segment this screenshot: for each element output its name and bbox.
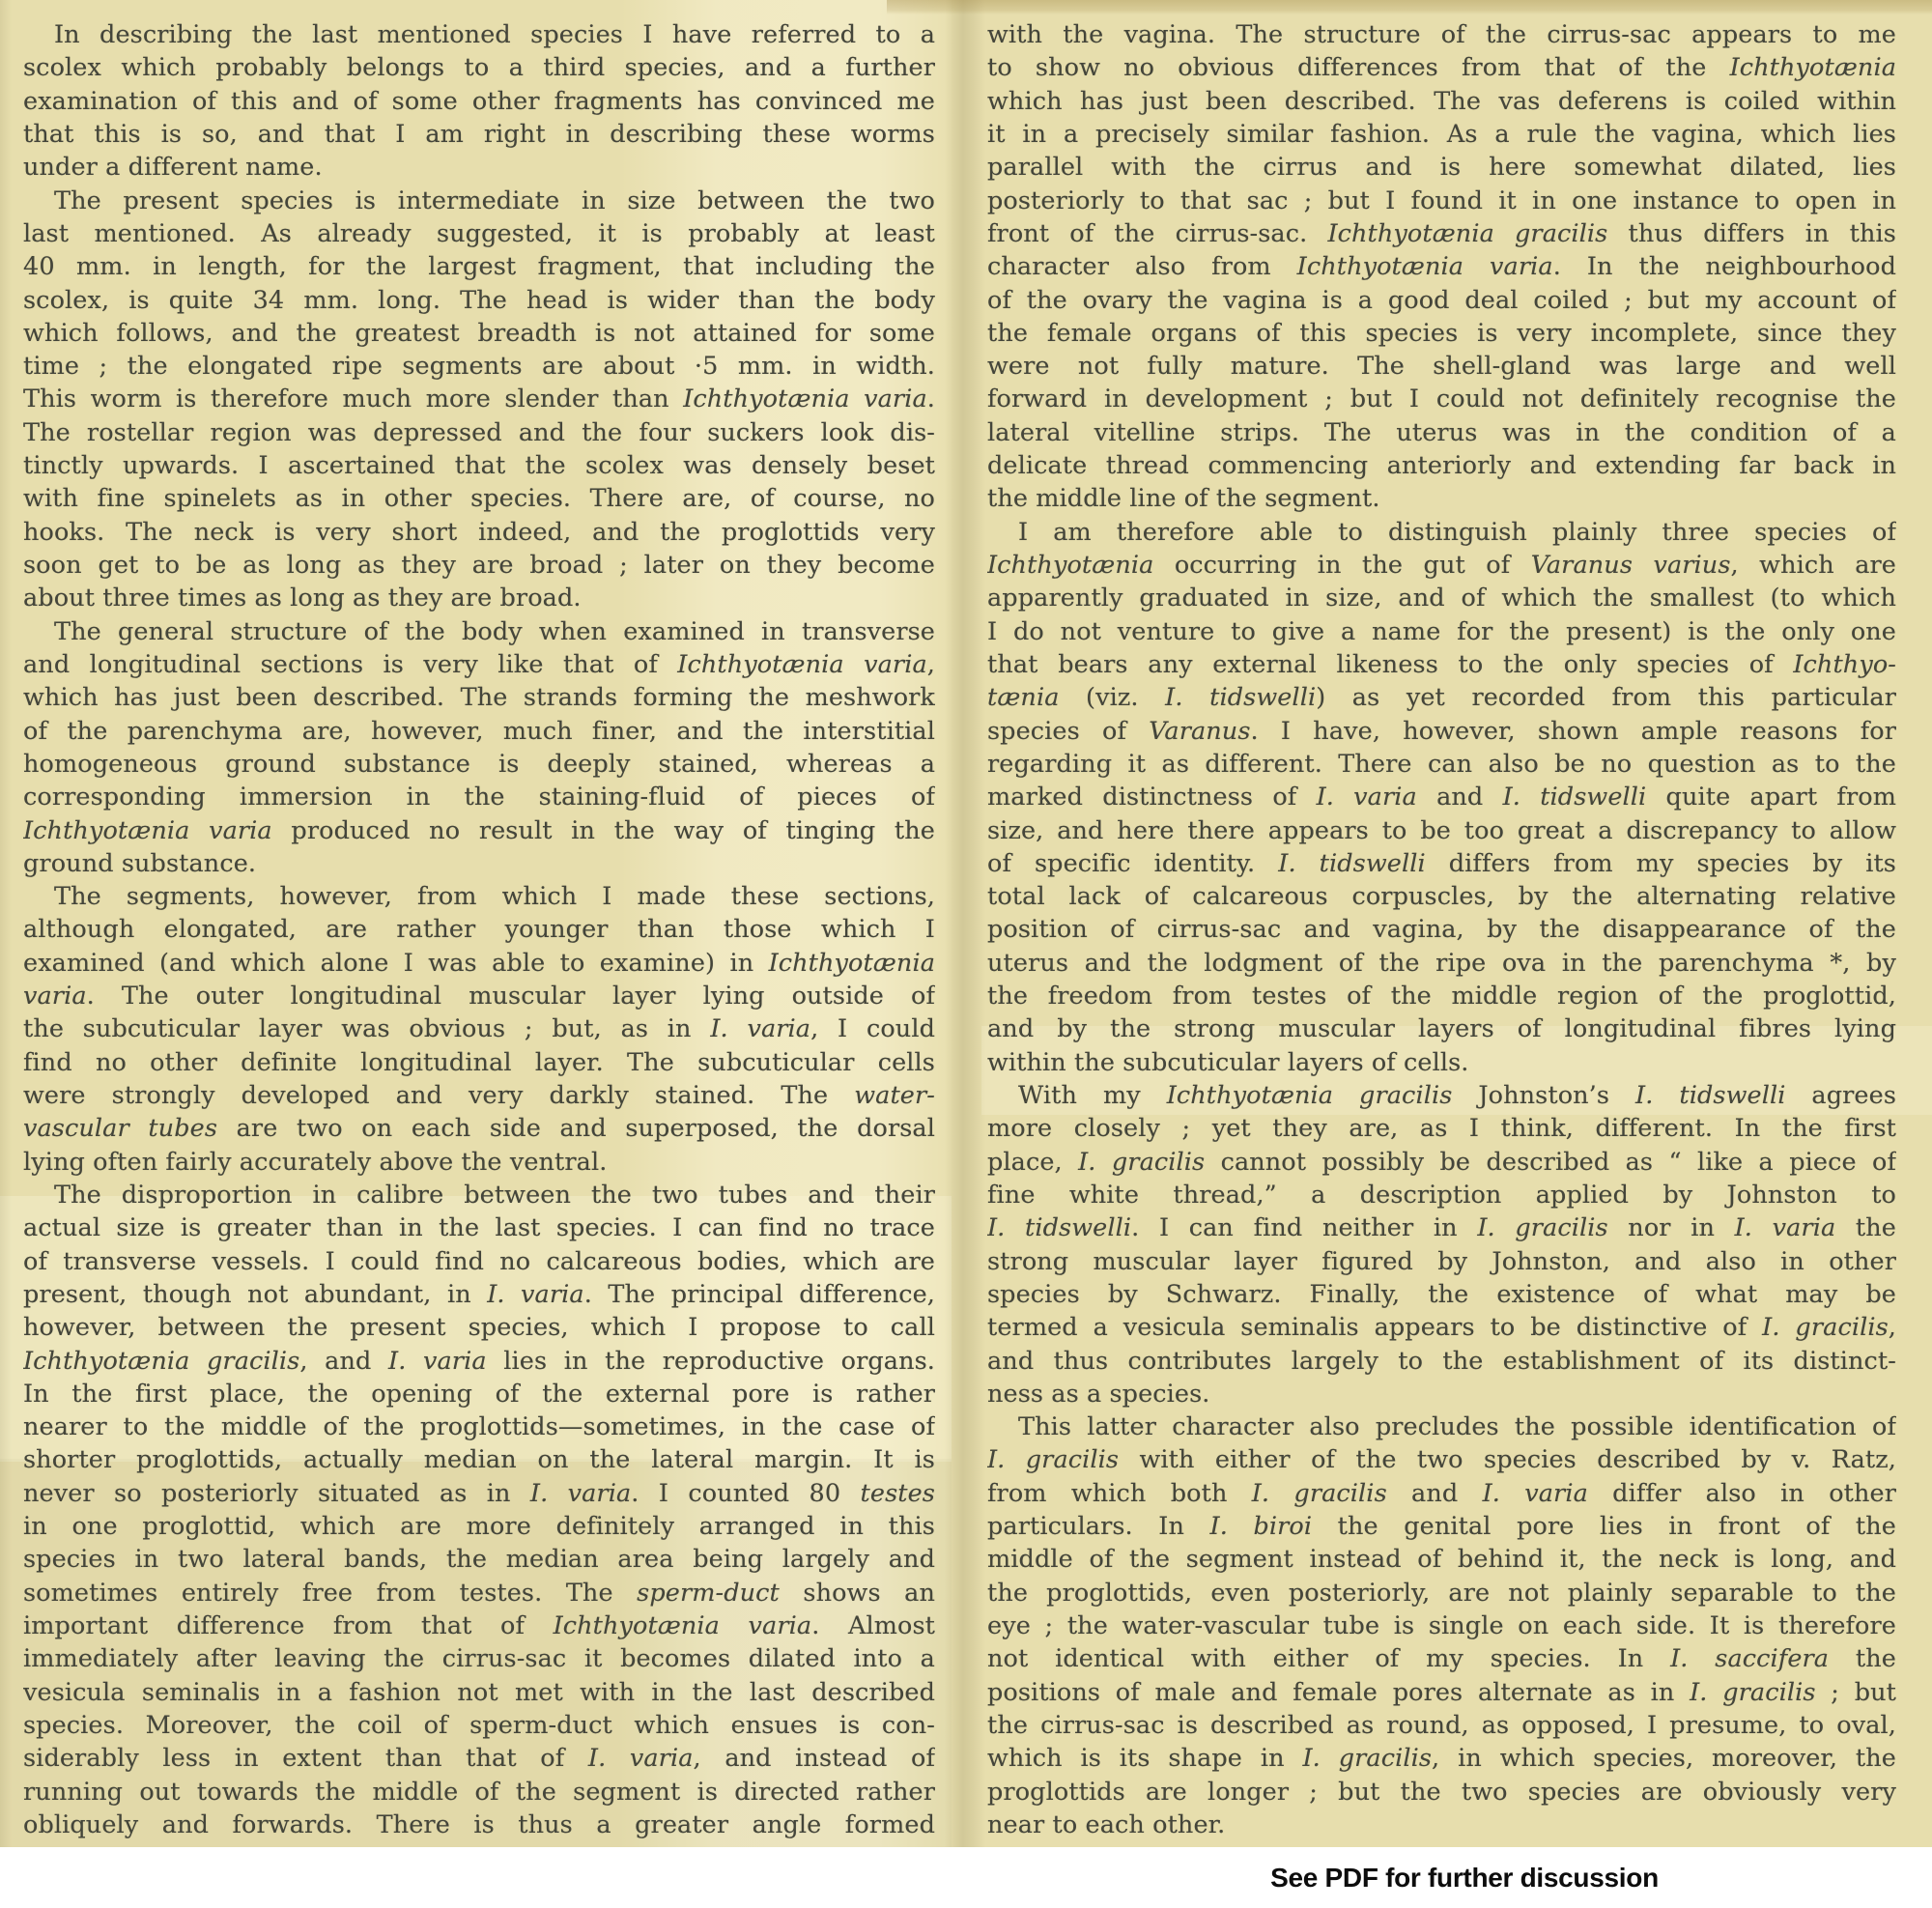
text-line: lying often fairly accurately above the …	[23, 1146, 935, 1179]
text-line: strong muscular layer figured by Johnsto…	[987, 1245, 1896, 1278]
text-line: with fine spinelets as in other species.…	[23, 482, 935, 515]
text-line: The present species is intermediate in s…	[23, 185, 935, 217]
text-line: The rostellar region was depressed and t…	[23, 416, 935, 449]
text-line: shorter proglottids, actually median on …	[23, 1443, 935, 1476]
text-line: The disproportion in calibre between the…	[23, 1179, 935, 1211]
left-text-column: In describing the last mentioned species…	[23, 18, 935, 1841]
text-line: which has just been described. The vas d…	[987, 85, 1896, 118]
text-line: middle of the segment instead of behind …	[987, 1543, 1896, 1576]
text-line: Ichthyotænia varia produced no result in…	[23, 814, 935, 847]
text-line: more closely ; yet they are, as I think,…	[987, 1112, 1896, 1145]
text-line: place, I. gracilis cannot possibly be de…	[987, 1146, 1896, 1179]
text-line: soon get to be as long as they are broad…	[23, 549, 935, 582]
text-line: running out towards the middle of the se…	[23, 1776, 935, 1808]
text-line: vesicula seminalis in a fashion not met …	[23, 1676, 935, 1709]
text-line: Ichthyotænia occurring in the gut of Var…	[987, 549, 1896, 582]
text-line: I. gracilis with either of the two speci…	[987, 1443, 1896, 1476]
text-line: the freedom from testes of the middle re…	[987, 980, 1896, 1012]
text-line: proglottids are longer ; but the two spe…	[987, 1776, 1896, 1808]
text-line: the female organs of this species is ver…	[987, 317, 1896, 350]
text-line: tinctly upwards. I ascertained that the …	[23, 449, 935, 482]
text-line: the middle line of the segment.	[987, 482, 1896, 515]
text-line: This latter character also precludes the…	[987, 1410, 1896, 1443]
text-line: the subcuticular layer was obvious ; but…	[23, 1012, 935, 1045]
text-line: examination of this and of some other fr…	[23, 85, 935, 118]
text-line: near to each other.	[987, 1808, 1896, 1841]
text-line: I do not venture to give a name for the …	[987, 615, 1896, 648]
text-line: and by the strong muscular layers of lon…	[987, 1012, 1896, 1045]
text-line: within the subcuticular layers of cells.	[987, 1046, 1896, 1079]
text-line: of specific identity. I. tidswelli diffe…	[987, 847, 1896, 880]
text-line: apparently graduated in size, and of whi…	[987, 582, 1896, 614]
text-line: it in a precisely similar fashion. As a …	[987, 118, 1896, 151]
text-line: which follows, and the greatest breadth …	[23, 317, 935, 350]
text-line: nearer to the middle of the proglottids—…	[23, 1410, 935, 1443]
text-line: of the parenchyma are, however, much fin…	[23, 715, 935, 748]
text-line: regarding it as different. There can als…	[987, 748, 1896, 781]
footer-strip: See PDF for further discussion	[0, 1847, 1932, 1908]
text-line: to show no obvious differences from that…	[987, 51, 1896, 84]
text-line: The segments, however, from which I made…	[23, 880, 935, 913]
text-line: I. tidswelli. I can find neither in I. g…	[987, 1211, 1896, 1244]
text-line: corresponding immersion in the staining-…	[23, 781, 935, 813]
text-line: under a different name.	[23, 151, 935, 184]
text-line: Ichthyotænia gracilis, and I. varia lies…	[23, 1345, 935, 1378]
text-line: eye ; the water-vascular tube is single …	[987, 1609, 1896, 1642]
text-line: tænia (viz. I. tidswelli) as yet recorde…	[987, 681, 1896, 714]
text-line: siderably less in extent than that of I.…	[23, 1742, 935, 1775]
scanned-page: In describing the last mentioned species…	[0, 0, 1932, 1908]
text-line: immediately after leaving the cirrus-sac…	[23, 1642, 935, 1675]
scan-edge-shadow	[887, 0, 1932, 14]
text-line: ground substance.	[23, 847, 935, 880]
text-line: In the first place, the opening of the e…	[23, 1378, 935, 1410]
text-line: termed a vesicula seminalis appears to b…	[987, 1311, 1896, 1344]
text-line: and thus contributes largely to the esta…	[987, 1345, 1896, 1378]
text-line: varia. The outer longitudinal muscular l…	[23, 980, 935, 1012]
text-line: position of cirrus-sac and vagina, by th…	[987, 913, 1896, 946]
text-line: ness as a species.	[987, 1378, 1896, 1410]
text-line: species. Moreover, the coil of sperm-duc…	[23, 1709, 935, 1742]
text-line: hooks. The neck is very short indeed, an…	[23, 516, 935, 549]
text-line: fine white thread,” a description applie…	[987, 1179, 1896, 1211]
text-line: however, between the present species, wh…	[23, 1311, 935, 1344]
text-line: The general structure of the body when e…	[23, 615, 935, 648]
text-line: that this is so, and that I am right in …	[23, 118, 935, 151]
text-line: 40 mm. in length, for the largest fragme…	[23, 250, 935, 283]
text-line: delicate thread commencing anteriorly an…	[987, 449, 1896, 482]
text-line: not identical with either of my species.…	[987, 1642, 1896, 1675]
text-line: in one proglottid, which are more defini…	[23, 1510, 935, 1543]
text-line: obliquely and forwards. There is thus a …	[23, 1808, 935, 1841]
text-line: which is its shape in I. gracilis, in wh…	[987, 1742, 1896, 1775]
text-line: of transverse vessels. I could find no c…	[23, 1245, 935, 1278]
text-line: present, though not abundant, in I. vari…	[23, 1278, 935, 1311]
text-line: particulars. In I. biroi the genital por…	[987, 1510, 1896, 1543]
text-line: never so posteriorly situated as in I. v…	[23, 1477, 935, 1510]
text-line: last mentioned. As already suggested, it…	[23, 217, 935, 250]
text-line: and longitudinal sections is very like t…	[23, 648, 935, 681]
text-line: species in two lateral bands, the median…	[23, 1543, 935, 1576]
text-line: find no other definite longitudinal laye…	[23, 1046, 935, 1079]
text-line: posteriorly to that sac ; but I found it…	[987, 185, 1896, 217]
text-line: I am therefore able to distinguish plain…	[987, 516, 1896, 549]
text-line: homogeneous ground substance is deeply s…	[23, 748, 935, 781]
text-line: actual size is greater than in the last …	[23, 1211, 935, 1244]
text-line: sometimes entirely free from testes. The…	[23, 1577, 935, 1609]
text-line: vascular tubes are two on each side and …	[23, 1112, 935, 1145]
text-line: which has just been described. The stran…	[23, 681, 935, 714]
text-line: forward in development ; but I could not…	[987, 383, 1896, 415]
text-line: scolex which probably belongs to a third…	[23, 51, 935, 84]
text-line: the proglottids, even posteriorly, are n…	[987, 1577, 1896, 1609]
text-line: examined (and which alone I was able to …	[23, 947, 935, 980]
text-line: In describing the last mentioned species…	[23, 18, 935, 51]
text-line: scolex, is quite 34 mm. long. The head i…	[23, 284, 935, 317]
text-line: important difference from that of Ichthy…	[23, 1609, 935, 1642]
text-line: size, and here there appears to be too g…	[987, 814, 1896, 847]
text-line: With my Ichthyotænia gracilis Johnston’s…	[987, 1079, 1896, 1112]
text-line: were strongly developed and very darkly …	[23, 1079, 935, 1112]
text-line: parallel with the cirrus and is here som…	[987, 151, 1896, 184]
text-line: marked distinctness of I. varia and I. t…	[987, 781, 1896, 813]
text-line: the cirrus-sac is described as round, as…	[987, 1709, 1896, 1742]
text-line: about three times as long as they are br…	[23, 582, 935, 614]
text-line: although elongated, are rather younger t…	[23, 913, 935, 946]
text-line: lateral vitelline strips. The uterus was…	[987, 416, 1896, 449]
scan-edge-shadow	[0, 0, 12, 1847]
text-line: that bears any external likeness to the …	[987, 648, 1896, 681]
text-line: character also from Ichthyotænia varia. …	[987, 250, 1896, 283]
text-line: This worm is therefore much more slender…	[23, 383, 935, 415]
text-line: with the vagina. The structure of the ci…	[987, 18, 1896, 51]
text-line: were not fully mature. The shell-gland w…	[987, 350, 1896, 383]
text-line: of the ovary the vagina is a good deal c…	[987, 284, 1896, 317]
text-line: positions of male and female pores alter…	[987, 1676, 1896, 1709]
footer-note: See PDF for further discussion	[1270, 1863, 1659, 1894]
text-line: uterus and the lodgment of the ripe ova …	[987, 947, 1896, 980]
right-text-column: with the vagina. The structure of the ci…	[987, 18, 1896, 1841]
text-line: total lack of calcareous corpuscles, by …	[987, 880, 1896, 913]
text-line: from which both I. gracilis and I. varia…	[987, 1477, 1896, 1510]
text-line: front of the cirrus-sac. Ichthyotænia gr…	[987, 217, 1896, 250]
text-line: species of Varanus. I have, however, sho…	[987, 715, 1896, 748]
text-line: time ; the elongated ripe segments are a…	[23, 350, 935, 383]
text-line: species by Schwarz. Finally, the existen…	[987, 1278, 1896, 1311]
page-gutter-shadow	[945, 0, 985, 1847]
